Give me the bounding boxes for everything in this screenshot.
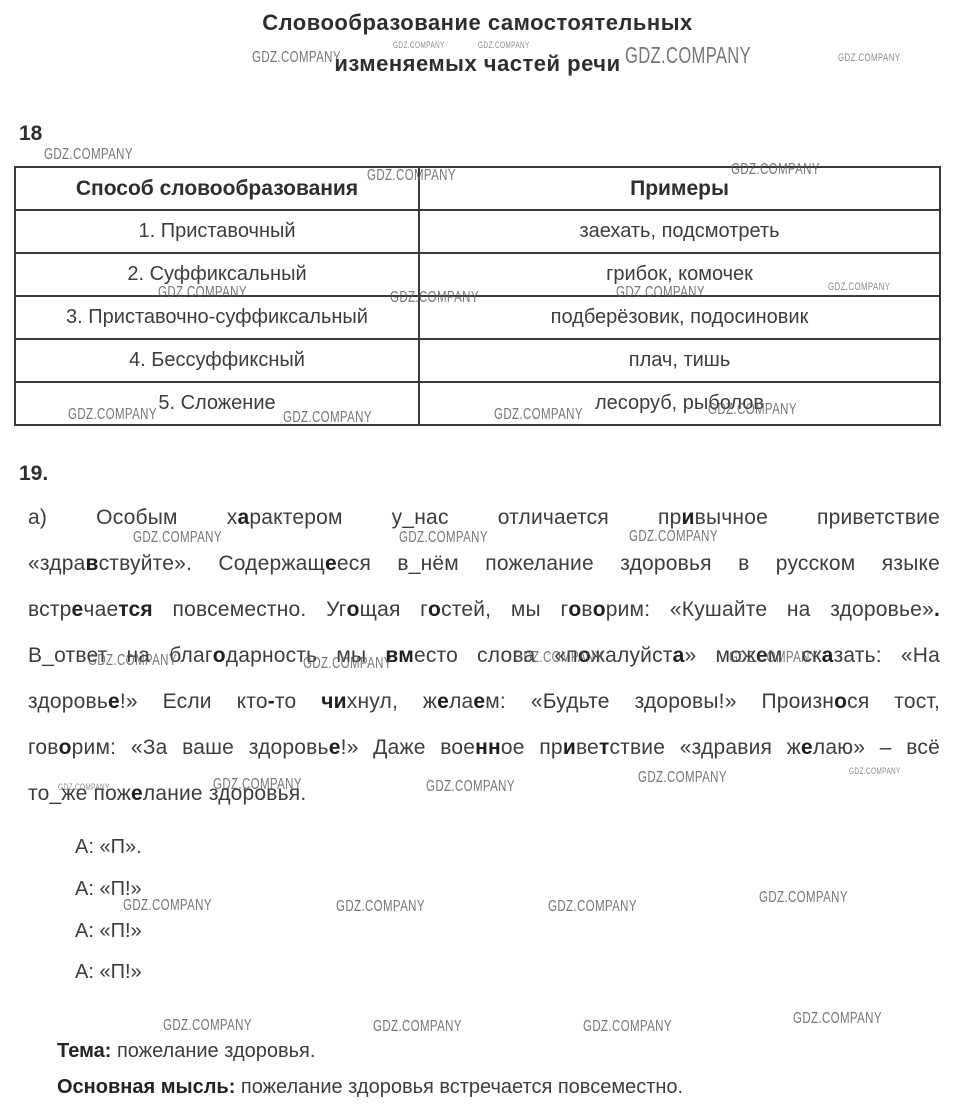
examples-cell: грибок, комочек xyxy=(419,253,940,296)
paragraph-line: В_ответ на благодарность мы вместо слова… xyxy=(28,638,940,684)
dialogue-scheme: А: «П!» xyxy=(75,920,142,943)
examples-cell: лесоруб, рыболов xyxy=(419,382,940,425)
page-title: Словообразование самостоятельных изменяе… xyxy=(0,2,955,84)
paragraph-line: говорим: «За ваше здоровье!» Даже военно… xyxy=(28,730,940,776)
watermark: GDZ.COMPANY xyxy=(336,898,425,916)
page-title-line1: Словообразование самостоятельных xyxy=(0,2,955,43)
table-row: 2. Суффиксальный грибок, комочек xyxy=(15,253,940,296)
watermark: GDZ.COMPANY xyxy=(583,1018,672,1036)
examples-cell: подберёзовик, подосиновик xyxy=(419,296,940,339)
theme-line: Тема: пожелание здоровья. xyxy=(57,1040,315,1063)
exercise-18-number: 18 xyxy=(19,122,42,146)
theme-text: пожелание здоровья. xyxy=(111,1040,315,1062)
main-idea-line: Основная мысль: пожелание здоровья встре… xyxy=(57,1076,683,1099)
word-formation-table: Способ словообразования Примеры 1. Прист… xyxy=(14,166,941,426)
table-row: 3. Приставочно-суффиксальный подберёзови… xyxy=(15,296,940,339)
table-header-row: Способ словообразования Примеры xyxy=(15,167,940,210)
watermark: GDZ.COMPANY xyxy=(548,898,637,916)
table-row: 4. Бессуффиксный плач, тишь xyxy=(15,339,940,382)
table-row: 1. Приставочный заехать, подсмотреть xyxy=(15,210,940,253)
method-cell: 5. Сложение xyxy=(15,382,419,425)
watermark: GDZ.COMPANY xyxy=(759,889,848,907)
paragraph-line: то_же пожелание здоровья. xyxy=(28,776,940,822)
paragraph-line: здоровье!» Если кто-то чихнул, желаем: «… xyxy=(28,684,940,730)
table-header-method: Способ словообразования xyxy=(15,167,419,210)
examples-cell: плач, тишь xyxy=(419,339,940,382)
watermark: GDZ.COMPANY xyxy=(793,1010,882,1028)
exercise-19-number: 19. xyxy=(19,462,48,486)
paragraph-line: встречается повсеместно. Угощая гостей, … xyxy=(28,592,940,638)
method-cell: 2. Суффиксальный xyxy=(15,253,419,296)
table-row: 5. Сложение лесоруб, рыболов xyxy=(15,382,940,425)
theme-label: Тема: xyxy=(57,1040,111,1062)
document-page: Словообразование самостоятельных изменяе… xyxy=(0,0,955,1118)
paragraph-line: «здравствуйте». Содержащееся в_нём пожел… xyxy=(28,546,940,592)
watermark: GDZ.COMPANY xyxy=(163,1017,252,1035)
examples-cell: заехать, подсмотреть xyxy=(419,210,940,253)
watermark: GDZ.COMPANY xyxy=(373,1018,462,1036)
method-cell: 1. Приставочный xyxy=(15,210,419,253)
dialogue-scheme: А: «П!» xyxy=(75,961,142,984)
dialogue-scheme: А: «П!» xyxy=(75,878,142,901)
page-title-line2: изменяемых частей речи xyxy=(0,43,955,84)
table-header-examples: Примеры xyxy=(419,167,940,210)
method-cell: 3. Приставочно-суффиксальный xyxy=(15,296,419,339)
method-cell: 4. Бессуффиксный xyxy=(15,339,419,382)
paragraph-line: а) Особым характером у_нас отличается пр… xyxy=(28,500,940,546)
watermark: GDZ.COMPANY xyxy=(44,146,133,164)
main-idea-label: Основная мысль: xyxy=(57,1076,235,1098)
main-idea-text: пожелание здоровья встречается повсемест… xyxy=(235,1076,683,1098)
exercise-19-paragraph: а) Особым характером у_нас отличается пр… xyxy=(28,500,940,822)
dialogue-scheme: А: «П». xyxy=(75,836,142,859)
